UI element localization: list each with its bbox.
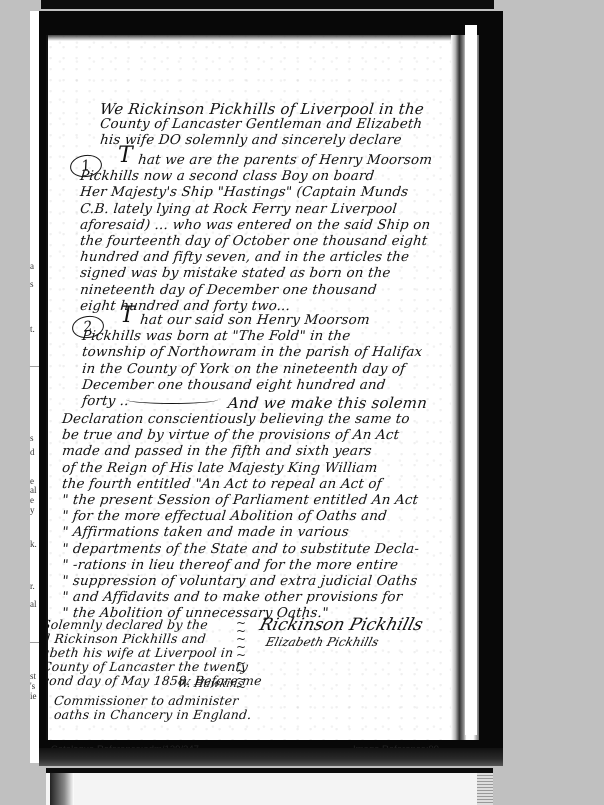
- preamble-line: his wife DO solemnly and sincerely decla…: [99, 133, 425, 149]
- paragraph-line: signed was by mistake stated as born on …: [79, 266, 433, 282]
- closing-declaration: Declaration conscientiously believing th…: [62, 412, 419, 623]
- closing-lead-text: And we make this solemn: [227, 395, 428, 411]
- facing-page-letter: —: [30, 362, 39, 371]
- facing-page-letter: —: [30, 638, 39, 647]
- paragraph-line: in the County of York on the nineteenth …: [81, 362, 423, 378]
- previous-page-edge: [41, 0, 494, 9]
- closing-line: be true and by virtue of the provisions …: [61, 428, 420, 444]
- facing-page-letter: e: [30, 496, 34, 505]
- paragraph-line: hat our said son Henry Moorsom: [81, 313, 423, 329]
- commissioner-signature: W. Hawkins: [176, 677, 244, 690]
- facing-page-letter: y: [30, 506, 35, 515]
- facing-page-letter: k.: [30, 540, 37, 549]
- scan-bottom-shadow: [39, 748, 503, 766]
- closing-line: " suppression of voluntary and extra jud…: [61, 574, 420, 590]
- attestation-line: County of Lancaster the twenty: [46, 660, 262, 674]
- signature-rickinson-pickhills: Rickinson Pickhills: [258, 615, 425, 635]
- commissioner-title-line: oaths in Chancery in England.: [53, 708, 252, 722]
- paragraph-line: aforesaid) ... who was entered on the sa…: [79, 218, 433, 234]
- facing-page-letter: d: [30, 448, 35, 457]
- paragraph-1: hat we are the parents of Henry Moorsom …: [80, 153, 432, 315]
- next-page-shadow: [50, 773, 74, 805]
- paragraph-line: township of Northowram in the parish of …: [81, 345, 423, 361]
- paragraph-line: hat we are the parents of Henry Moorsom: [79, 153, 433, 169]
- closing-line: of the Reign of His late Majesty King Wi…: [61, 461, 420, 477]
- attestation-line: Solemnly declared by the: [46, 618, 262, 632]
- next-page-binding: [477, 773, 493, 805]
- closing-line: " for the more effectual Abolition of Oa…: [61, 509, 420, 525]
- facing-page-fragment: ast.—sdealeyk.r.al—st'sie: [30, 11, 39, 763]
- closing-line: " Affirmations taken and made in various: [61, 525, 420, 541]
- paragraph-line: Pickhills was born at "The Fold" in the: [81, 329, 423, 345]
- paragraph-line: hundred and fifty seven, and in the arti…: [79, 250, 433, 266]
- paragraph-line: December one thousand eight hundred and: [81, 378, 423, 394]
- facing-page-letter: ie: [30, 692, 37, 701]
- closing-line: " the present Session of Parliament enti…: [61, 493, 420, 509]
- next-page-edge: [46, 768, 493, 805]
- paragraph-line: C.B. lately lying at Rock Ferry near Liv…: [79, 202, 433, 218]
- page-edge-highlight: [465, 25, 477, 735]
- closing-line: " -rations in lieu thereof and for the m…: [61, 558, 420, 574]
- preamble: We Rickinson Pickhills of Liverpool in t…: [100, 101, 424, 150]
- closing-line: the fourth entitled "An Act to repeal an…: [61, 477, 420, 493]
- commissioner-title-line: Commissioner to administer: [53, 694, 252, 708]
- closing-lead: And we make this solemn: [228, 395, 427, 411]
- closing-line: " departments of the State and to substi…: [61, 542, 420, 558]
- signature-elizabeth-pickhills: Elizabeth Pickhills: [264, 635, 380, 649]
- facing-page-letter: r.: [30, 582, 35, 591]
- facing-page-letter: st: [30, 672, 36, 681]
- closing-line: " and Affidavits and to make other provi…: [61, 590, 420, 606]
- preamble-line: We Rickinson Pickhills of Liverpool in t…: [99, 101, 425, 117]
- paragraph-line: the fourteenth day of October one thousa…: [79, 234, 433, 250]
- closing-line: made and passed in the fifth and sixth y…: [61, 444, 420, 460]
- paragraph-line: nineteenth day of December one thousand: [79, 283, 433, 299]
- document-page: We Rickinson Pickhills of Liverpool in t…: [46, 35, 468, 740]
- page-shadow: [48, 35, 468, 41]
- attestation-line: abeth his wife at Liverpool in: [46, 646, 262, 660]
- facing-page-letter: 's: [30, 682, 35, 691]
- facing-page-letter: s: [30, 434, 34, 443]
- scanned-document-frame: We Rickinson Pickhills of Liverpool in t…: [39, 11, 503, 766]
- facing-page-letter: al: [30, 600, 37, 609]
- decorative-flourish-line: [126, 395, 218, 404]
- closing-line: Declaration conscientiously believing th…: [61, 412, 420, 428]
- facing-page-letter: al: [30, 486, 37, 495]
- paragraph-line: Her Majesty's Ship "Hastings" (Captain M…: [79, 185, 433, 201]
- commissioner-title: Commissioner to administer oaths in Chan…: [54, 694, 251, 722]
- facing-page-letter: a: [30, 262, 34, 271]
- paragraph-line: Pickhills now a second class Boy on boar…: [79, 169, 433, 185]
- facing-page-letter: s: [30, 280, 34, 289]
- attestation-line: d Rickinson Pickhills and: [46, 632, 262, 646]
- preamble-line: County of Lancaster Gentleman and Elizab…: [99, 117, 425, 133]
- facing-page-letter: t.: [30, 325, 35, 334]
